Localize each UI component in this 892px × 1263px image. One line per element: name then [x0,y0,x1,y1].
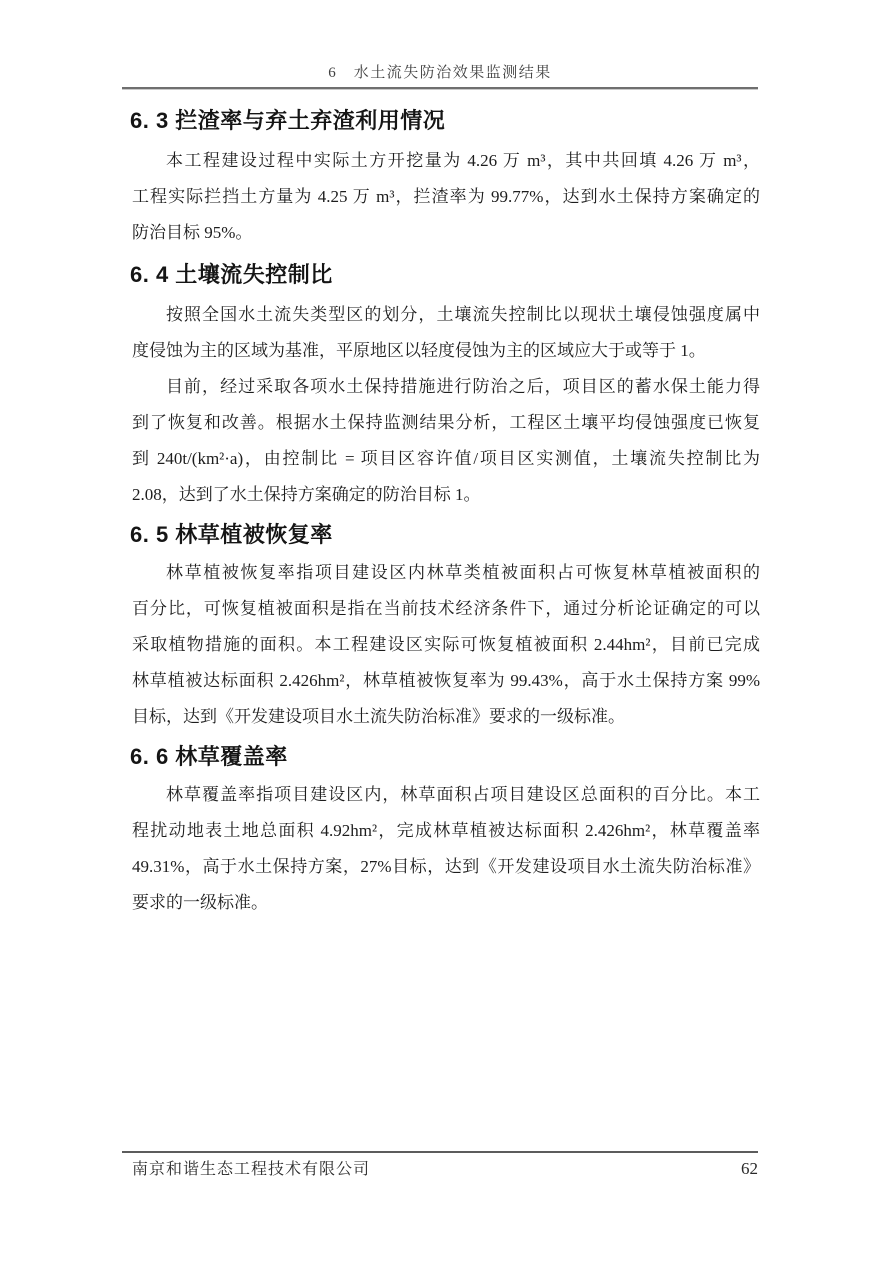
page-footer: 南京和谐生态工程技术有限公司 62 [122,1151,758,1182]
paragraph: 林草覆盖率指项目建设区内，林草面积占项目建设区总面积的百分比。本工 程扰动地表土… [132,777,760,921]
text-line: 按照全国水土流失类型区的划分，土壤流失控制比以现状土壤侵蚀强度属中 [132,297,760,333]
paragraph: 林草植被恢复率指项目建设区内林草类植被面积占可恢复林草植被面积的 百分比，可恢复… [132,555,760,735]
text-line: 程扰动地表土地总面积 4.92hm²，完成林草植被达标面积 2.426hm²，林… [132,813,760,849]
section-heading-6-4: 6. 4 土壤流失控制比 [130,259,758,291]
paragraph: 目前，经过采取各项水土保持措施进行防治之后，项目区的蓄水保土能力得 到了恢复和改… [132,369,760,513]
section-heading-6-3: 6. 3 拦渣率与弃土弃渣利用情况 [130,105,758,137]
text-line: 要求的一级标准。 [132,885,760,921]
text-line: 林草植被达标面积 2.426hm²，林草植被恢复率为 99.43%，高于水土保持… [132,663,760,699]
paragraph: 按照全国水土流失类型区的划分，土壤流失控制比以现状土壤侵蚀强度属中 度侵蚀为主的… [132,297,760,369]
text-line: 百分比，可恢复植被面积是指在当前技术经济条件下，通过分析论证确定的可以 [132,591,760,627]
text-line: 林草植被恢复率指项目建设区内林草类植被面积占可恢复林草植被面积的 [132,555,760,591]
text-line: 目前，经过采取各项水土保持措施进行防治之后，项目区的蓄水保土能力得 [132,369,760,405]
text-line: 到 240t/(km²·a)，由控制比 = 项目区容许值/项目区实测值，土壤流失… [132,441,760,477]
footer-row: 南京和谐生态工程技术有限公司 62 [122,1157,758,1182]
paragraph: 本工程建设过程中实际土方开挖量为 4.26 万 m³，其中共回填 4.26 万 … [132,143,760,251]
footer-page-number: 62 [741,1157,758,1181]
page-header: 6 水土流失防治效果监测结果 [122,0,758,90]
header-rule [122,87,758,90]
text-line: 本工程建设过程中实际土方开挖量为 4.26 万 m³，其中共回填 4.26 万 … [132,143,760,179]
section-6-4: 6. 4 土壤流失控制比 按照全国水土流失类型区的划分，土壤流失控制比以现状土壤… [122,259,758,513]
text-line: 度侵蚀为主的区域为基准，平原地区以轻度侵蚀为主的区域应大于或等于 1。 [132,333,760,369]
text-line: 采取植物措施的面积。本工程建设区实际可恢复植被面积 2.44hm²，目前已完成 [132,627,760,663]
text-line: 工程实际拦挡土方量为 4.25 万 m³，拦渣率为 99.77%，达到水土保持方… [132,179,760,215]
text-line: 林草覆盖率指项目建设区内，林草面积占项目建设区总面积的百分比。本工 [132,777,760,813]
section-heading-6-5: 6. 5 林草植被恢复率 [130,519,758,551]
section-heading-6-6: 6. 6 林草覆盖率 [130,741,758,773]
chapter-header-title: 6 水土流失防治效果监测结果 [122,63,758,83]
text-line: 目标，达到《开发建设项目水土流失防治标准》要求的一级标准。 [132,699,760,735]
section-6-5: 6. 5 林草植被恢复率 林草植被恢复率指项目建设区内林草类植被面积占可恢复林草… [122,519,758,735]
section-6-3: 6. 3 拦渣率与弃土弃渣利用情况 本工程建设过程中实际土方开挖量为 4.26 … [122,105,758,251]
page-content: 6 水土流失防治效果监测结果 6. 3 拦渣率与弃土弃渣利用情况 本工程建设过程… [122,0,758,921]
section-6-6: 6. 6 林草覆盖率 林草覆盖率指项目建设区内，林草面积占项目建设区总面积的百分… [122,741,758,921]
text-line: 2.08，达到了水土保持方案确定的防治目标 1。 [132,477,760,513]
footer-rule [122,1151,758,1153]
text-line: 到了恢复和改善。根据水土保持监测结果分析，工程区土壤平均侵蚀强度已恢复 [132,405,760,441]
footer-company-name: 南京和谐生态工程技术有限公司 [122,1158,370,1182]
document-page: 6 水土流失防治效果监测结果 6. 3 拦渣率与弃土弃渣利用情况 本工程建设过程… [0,0,892,1263]
text-line: 49.31%，高于水土保持方案，27%目标，达到《开发建设项目水土流失防治标准》 [132,849,760,885]
text-line: 防治目标 95%。 [132,215,760,251]
